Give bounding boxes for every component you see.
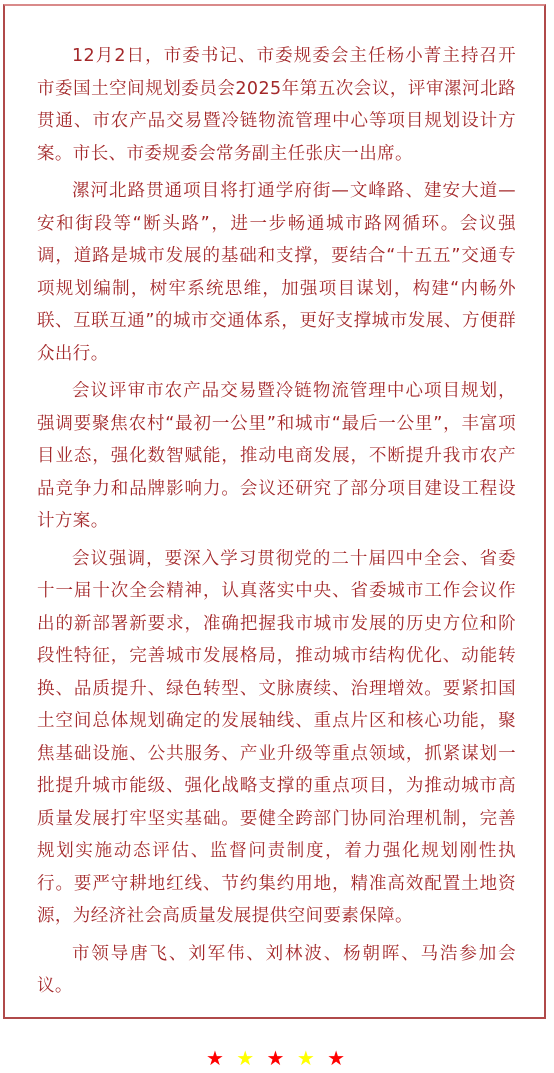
paragraph-meeting-intro: 12月2日，市委书记、市委规委会主任杨小菁主持召开市委国土空间规划委员会2025… — [37, 40, 516, 170]
star-divider: ★ ★ ★ ★ ★ — [0, 1046, 554, 1070]
star-icon-red: ★ — [267, 1046, 288, 1070]
paragraph-meeting-emphasis: 会议强调，要深入学习贯彻党的二十届四中全会、省委十一届十次全会精神，认真落实中央… — [37, 543, 516, 933]
star-icon-red: ★ — [327, 1046, 348, 1070]
star-icon-yellow: ★ — [236, 1046, 257, 1070]
star-icon-yellow: ★ — [297, 1046, 318, 1070]
paragraph-road-project: 漯河北路贯通项目将打通学府街—文峰路、建安大道—安和街段等“断头路”，进一步畅通… — [37, 175, 516, 370]
paragraph-cold-chain-project: 会议评审市农产品交易暨冷链物流管理中心项目规划，强调要聚焦农村“最初一公里”和城… — [37, 375, 516, 538]
article-frame: 12月2日，市委书记、市委规委会主任杨小菁主持召开市委国土空间规划委员会2025… — [3, 4, 546, 1019]
paragraph-attendees: 市领导唐飞、刘军伟、刘林波、杨朝晖、马浩参加会议。 — [37, 938, 516, 1003]
star-icon-red: ★ — [206, 1046, 227, 1070]
